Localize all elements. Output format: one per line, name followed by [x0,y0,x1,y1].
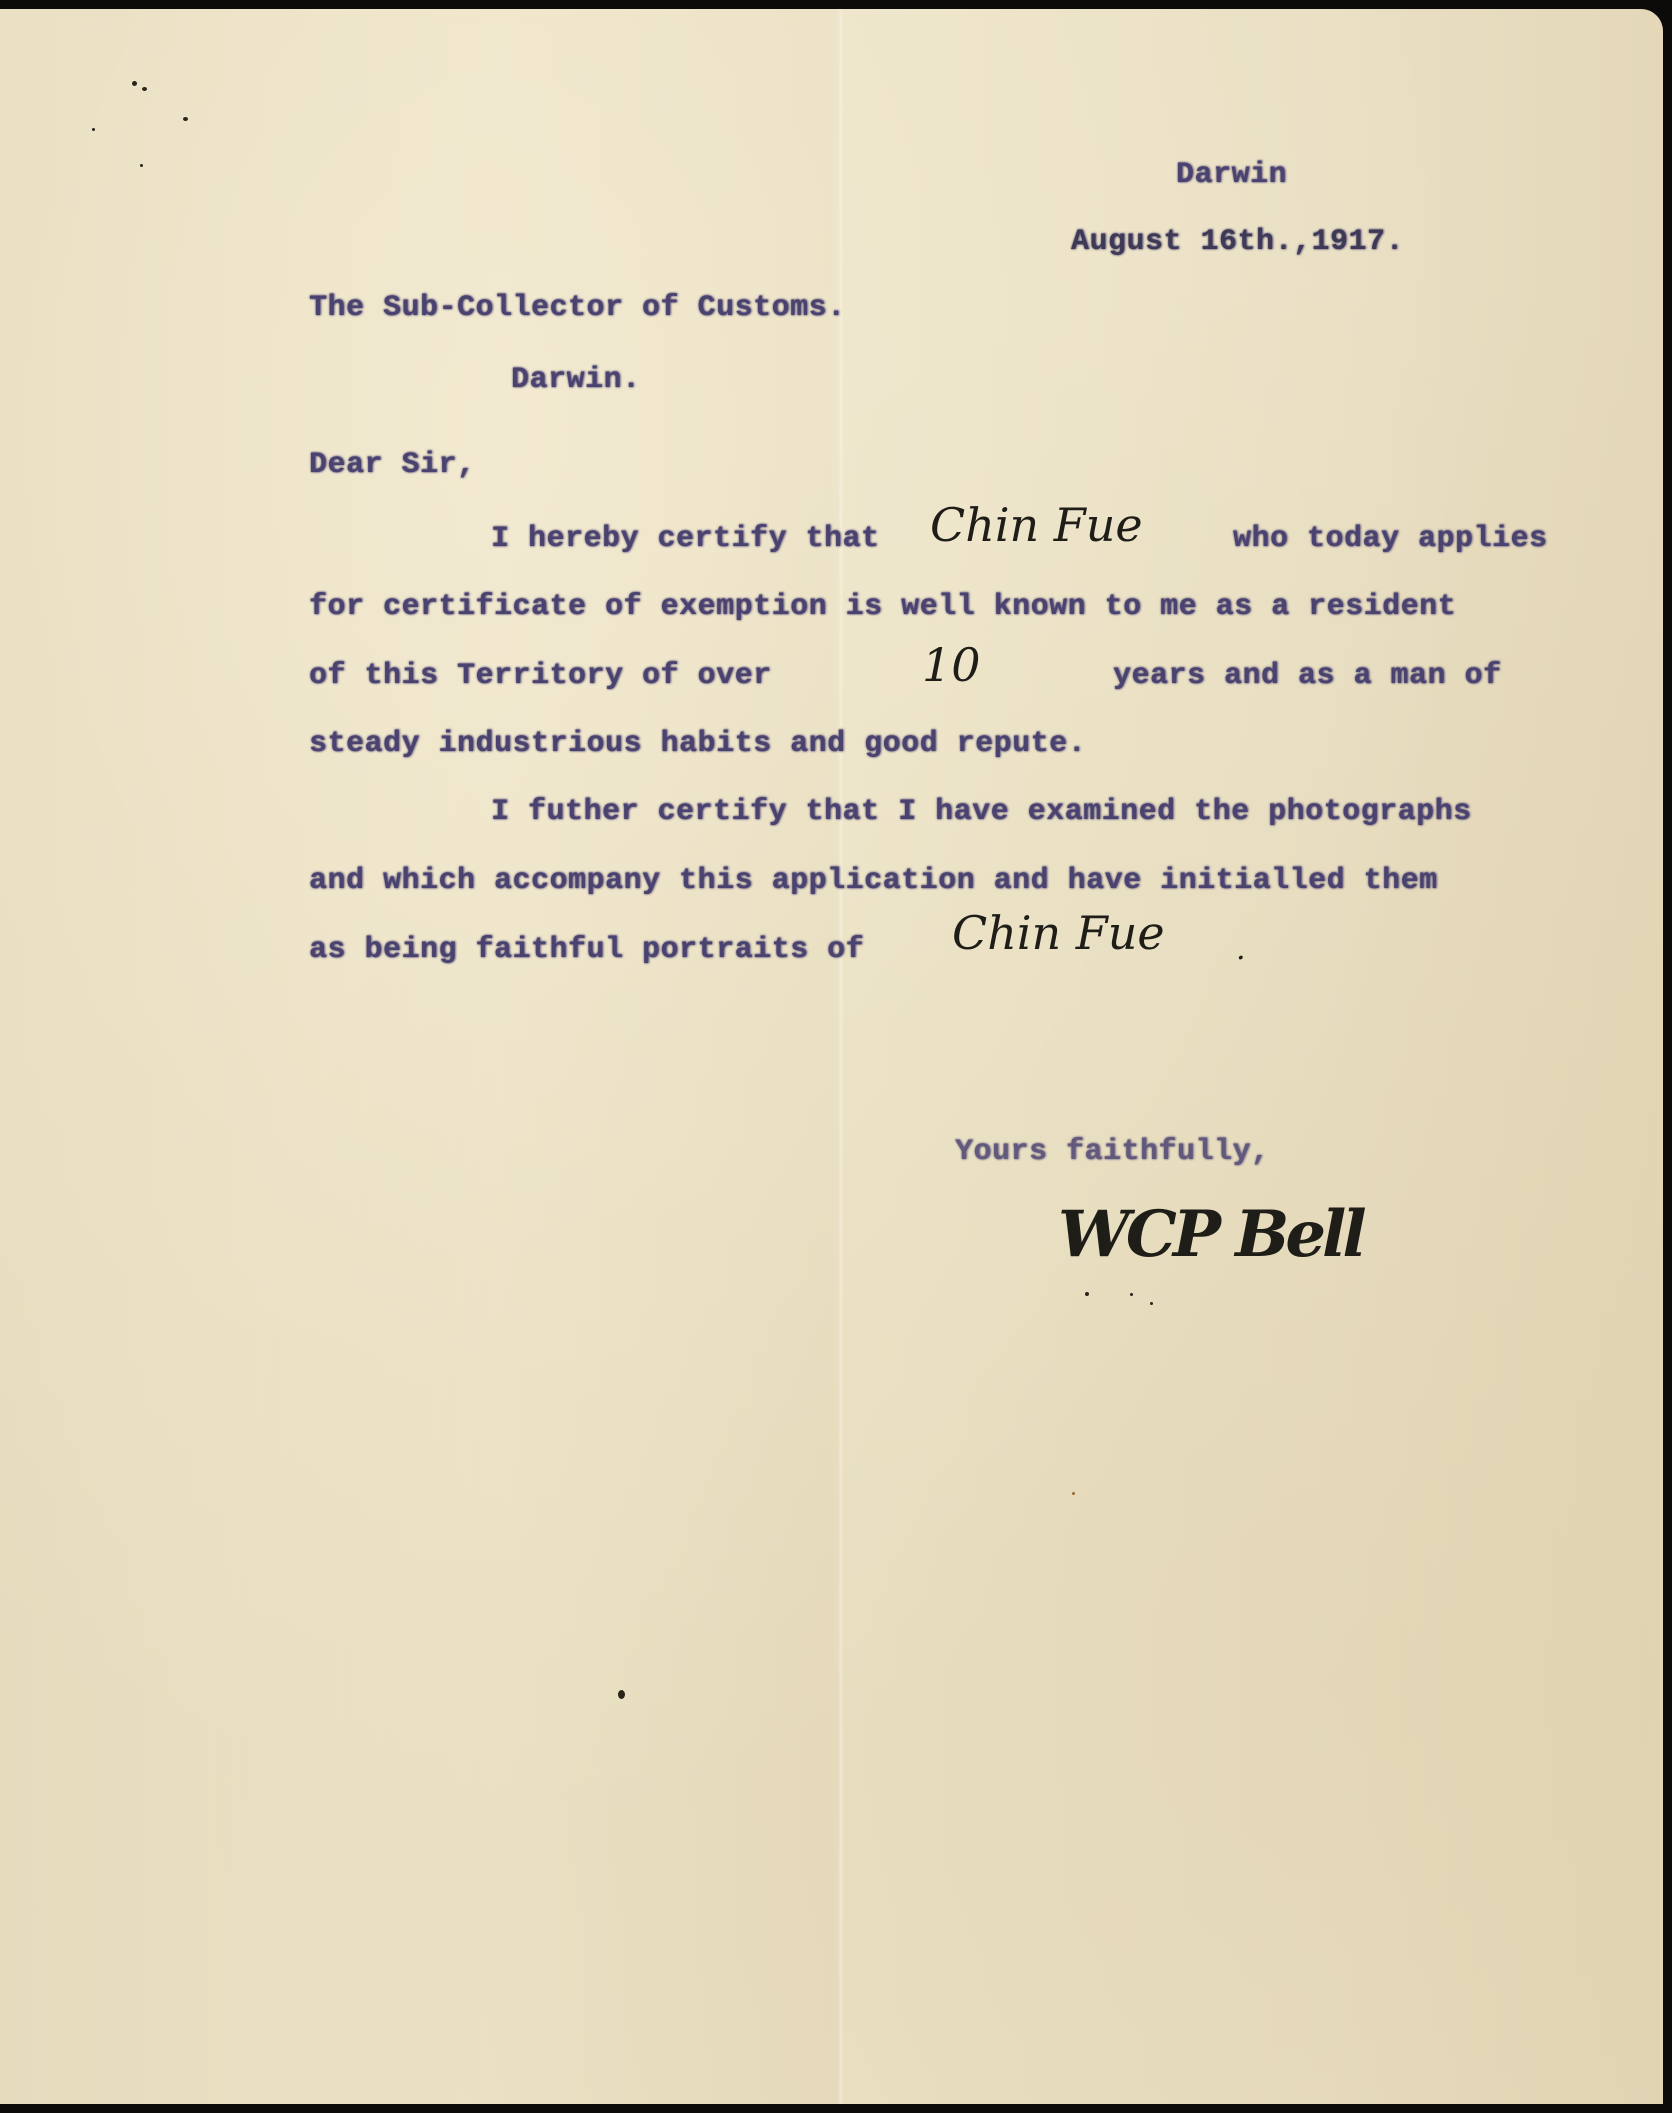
ink-speck [142,87,147,91]
ink-speck [1150,1302,1153,1305]
p1-line1-post: who today applies [1233,521,1548,557]
ink-speck [92,128,95,131]
handwritten-years: 10 [922,640,981,690]
ink-speck [1130,1293,1133,1296]
p1-line1-pre: I hereby certify that [491,521,880,557]
ink-speck [1085,1292,1089,1296]
p1-line2: for certificate of exemption is well kno… [309,589,1456,625]
p2-line2: and which accompany this application and… [309,863,1438,899]
p1-line3-pre: of this Territory of over [309,658,772,694]
ink-speck [132,81,137,86]
handwritten-name-1: Chin Fue [930,500,1143,550]
ink-speck [183,117,188,121]
closing: Yours faithfully, [955,1134,1270,1170]
handwritten-period: . [1236,925,1246,975]
addressee-line-1: The Sub-Collector of Customs. [309,290,846,326]
salutation: Dear Sir, [309,447,476,483]
letter-date: August 16th.,1917. [1071,224,1404,260]
p2-line3-pre: as being faithful portraits of [309,932,864,968]
p1-line4: steady industrious habits and good reput… [309,726,1086,762]
p2-line1: I futher certify that I have examined th… [491,794,1472,830]
signature: WCP Bell [1058,1200,1363,1270]
letter-place: Darwin [1176,157,1287,193]
p1-line3-post: years and as a man of [1113,658,1502,694]
ink-speck [618,1690,625,1699]
ink-speck [140,164,143,167]
handwritten-name-2: Chin Fue [952,908,1165,958]
ink-speck [1072,1492,1075,1495]
addressee-line-2: Darwin. [511,362,641,398]
